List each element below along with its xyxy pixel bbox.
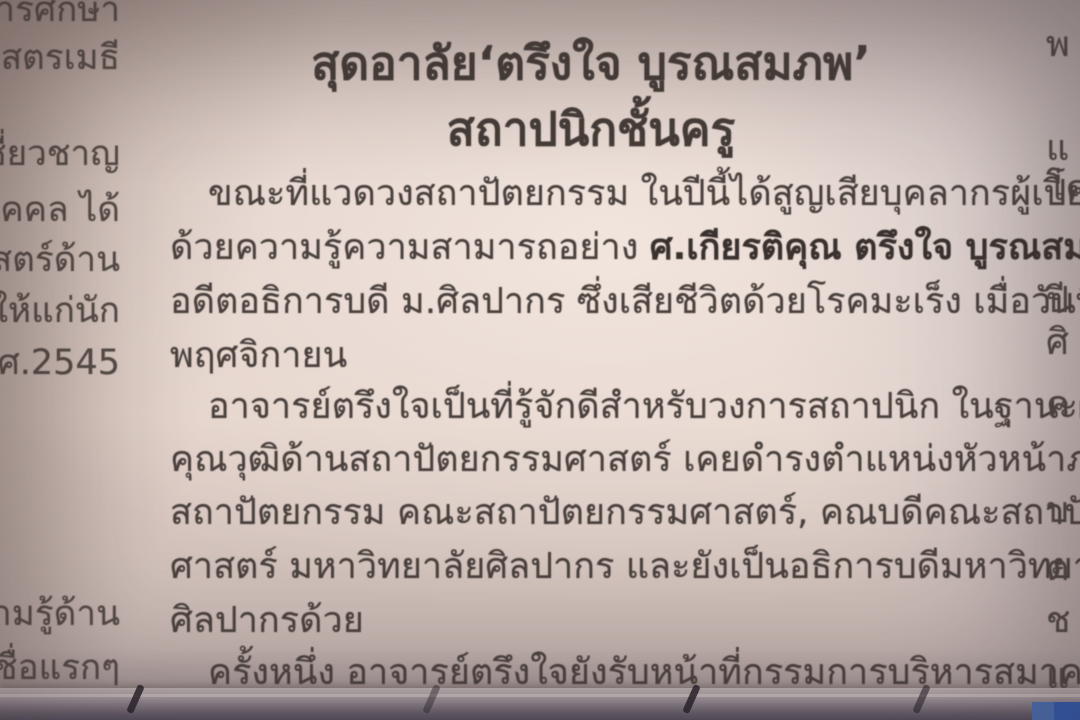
right-column-fragment: พ: [1046, 22, 1080, 68]
left-column-fragment: ศาสตรเมธี: [0, 36, 120, 80]
right-column-fragment: โค: [1046, 166, 1080, 212]
newspaper-page: นการศึกษา ศาสตรเมธี เชี่ยวชาญ บุคคล ได้ …: [0, 0, 1080, 720]
person-name-bold: ศ.เกียรติคุณ ตรึงใจ บูรณสมภพ: [650, 227, 1080, 268]
edge-mark: [422, 684, 441, 714]
right-column-fragment: ปี: [1046, 278, 1080, 324]
right-column-fragment: ด: [1046, 546, 1080, 592]
right-column-fragment: ศิ: [1046, 320, 1080, 366]
body-line: อาจารย์ตรึงใจเป็นที่รู้จักดีสำหรับวงการส…: [170, 383, 1012, 431]
body-line: ด้วยความรู้ความสามารถอย่าง ศ.เกียรติคุณ …: [170, 224, 1012, 272]
left-column-fragment: นการศึกษา: [0, 0, 120, 32]
body-line: ศาสตร์ มหาวิทยาลัยศิลปากร และยังเป็นอธิก…: [170, 543, 1012, 591]
body-line: อดีตอธิการบดี ม.ศิลปากร ซึ่งเสียชีวิตด้ว…: [170, 278, 1012, 326]
left-column-fragment: ให้แก่นัก: [0, 289, 120, 333]
blue-sticker-light-half: [1032, 702, 1054, 720]
newspaper-photo: นการศึกษา ศาสตรเมธี เชี่ยวชาญ บุคคล ได้ …: [0, 0, 1080, 720]
left-column-fragment: ชื่อแรกๆ: [0, 646, 120, 690]
body-line: พฤศจิกายน: [170, 332, 1012, 380]
body-line: ศิลปากรด้วย: [170, 597, 1012, 645]
right-column-fragment: ค: [1046, 382, 1080, 428]
edge-mark: [126, 684, 145, 714]
blue-sticker: [1032, 702, 1080, 720]
left-column-fragment: เชี่ยวชาญ: [0, 132, 120, 176]
right-column-fragment: ช: [1046, 598, 1080, 644]
left-column-fragment: สตร์ด้าน: [0, 238, 120, 282]
left-column-fragment: ามรู้ด้าน: [0, 592, 120, 636]
right-column-fragment: บ: [1046, 488, 1080, 534]
body-line: คุณวุฒิด้านสถาปัตยกรรมศาสตร์ เคยดำรงตำแห…: [170, 436, 1012, 484]
body-line: สถาปัตยกรรม คณะสถาปัตยกรรมศาสตร์, คณบดีค…: [170, 489, 1012, 537]
edge-mark: [912, 684, 931, 714]
headline-line-1: สุดอาลัย‘ตรึงใจ บูรณสมภพ’: [170, 34, 1012, 92]
newspaper-bottom-edge: [0, 688, 1080, 720]
edge-mark: [682, 684, 701, 714]
headline-line-2: สถาปนิกชั้นครู: [170, 100, 1012, 158]
left-column-fragment: บุคคล ได้: [0, 188, 120, 232]
left-column-fragment: พ.ศ.2545: [0, 341, 120, 385]
body-text: ด้วยความรู้ความสามารถอย่าง: [170, 227, 650, 268]
body-line: ขณะที่แวดวงสถาปัตยกรรม ในปีนี้ได้สูญเสีย…: [170, 170, 1012, 218]
